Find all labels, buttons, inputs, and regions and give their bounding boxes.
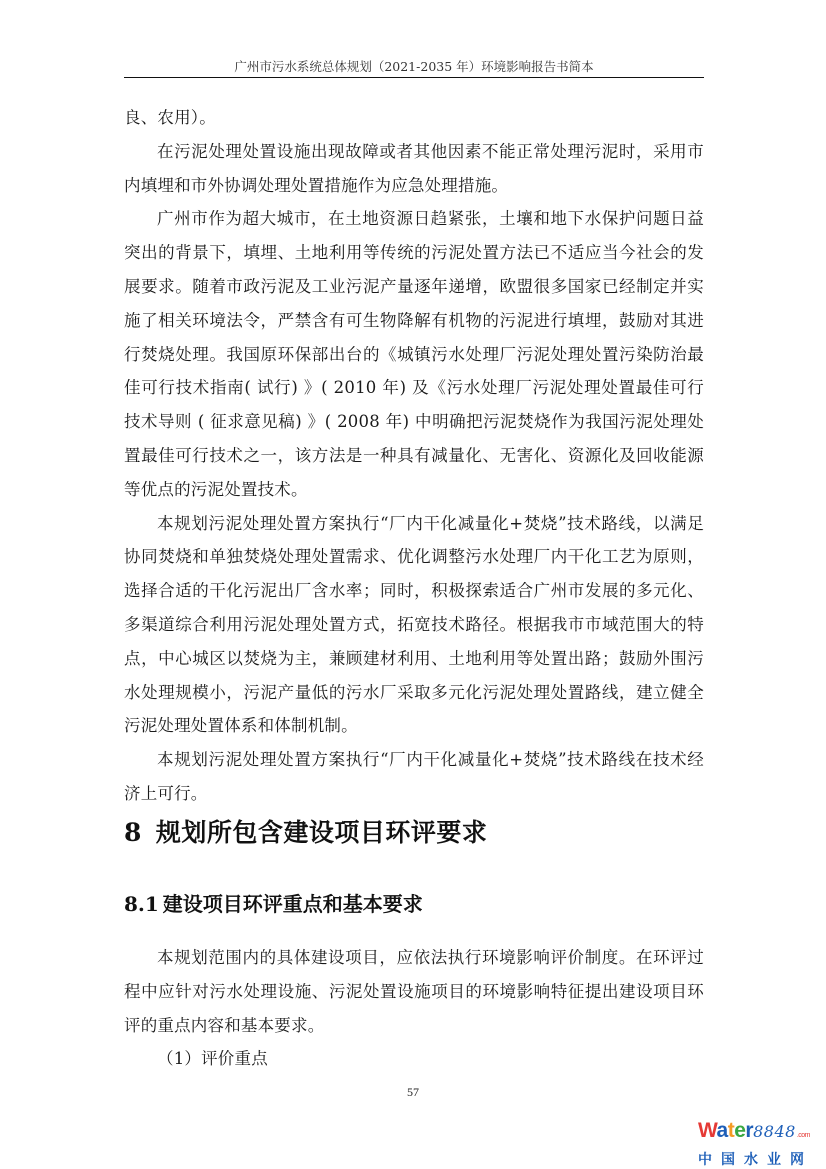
watermark-domain: .com <box>797 1132 810 1139</box>
watermark-logo: Water8848.com 中国水业网 <box>698 1120 822 1169</box>
watermark-letter: e <box>734 1119 745 1142</box>
section-heading: 8规划所包含建设项目环评要求 <box>124 813 487 849</box>
section-paragraph-1: （1）评价重点 <box>124 1042 704 1076</box>
document-title: 广州市污水系统总体规划（2021-2035 年）环境影响报告书简本 <box>124 57 704 75</box>
paragraph-4: 本规划污泥处理处置方案执行“厂内干化减量化+焚烧”技术路线在技术经济上可行。 <box>124 743 704 811</box>
paragraph-1: 在污泥处理处置设施出现故障或者其他因素不能正常处理污泥时，采用市内填埋和市外协调… <box>124 135 704 203</box>
header-divider <box>124 77 704 78</box>
section-number: 8 <box>124 818 142 847</box>
watermark-chinese: 中国水业网 <box>698 1149 822 1169</box>
watermark-letter: W <box>698 1119 717 1142</box>
subsection-title: 建设项目环评重点和基本要求 <box>163 892 423 916</box>
paragraph-3: 本规划污泥处理处置方案执行“厂内干化减量化+焚烧”技术路线，以满足协同焚烧和单独… <box>124 507 704 744</box>
body-text-top: 良、农用）。 在污泥处理处置设施出现故障或者其他因素不能正常处理污泥时，采用市内… <box>124 101 704 811</box>
section-paragraph-0: 本规划范围内的具体建设项目，应依法执行环境影响评价制度。在环评过程中应针对污水处… <box>124 941 704 1042</box>
page-number: 57 <box>0 1085 826 1100</box>
body-text-section: 本规划范围内的具体建设项目，应依法执行环境影响评价制度。在环评过程中应针对污水处… <box>124 941 704 1076</box>
watermark-letter: a <box>717 1119 728 1142</box>
paragraph-2: 广州市作为超大城市，在土地资源日趋紧张，土壤和地下水保护问题日益突出的背景下，填… <box>124 202 704 506</box>
paragraph-0: 良、农用）。 <box>124 101 704 135</box>
section-title: 规划所包含建设项目环评要求 <box>156 818 488 847</box>
subsection-heading: 8.1建设项目环评重点和基本要求 <box>124 888 423 917</box>
watermark-brand: Water8848.com <box>698 1120 822 1147</box>
watermark-letter: r <box>745 1119 753 1142</box>
watermark-number: 8848 <box>753 1122 796 1141</box>
subsection-number: 8.1 <box>124 892 159 916</box>
